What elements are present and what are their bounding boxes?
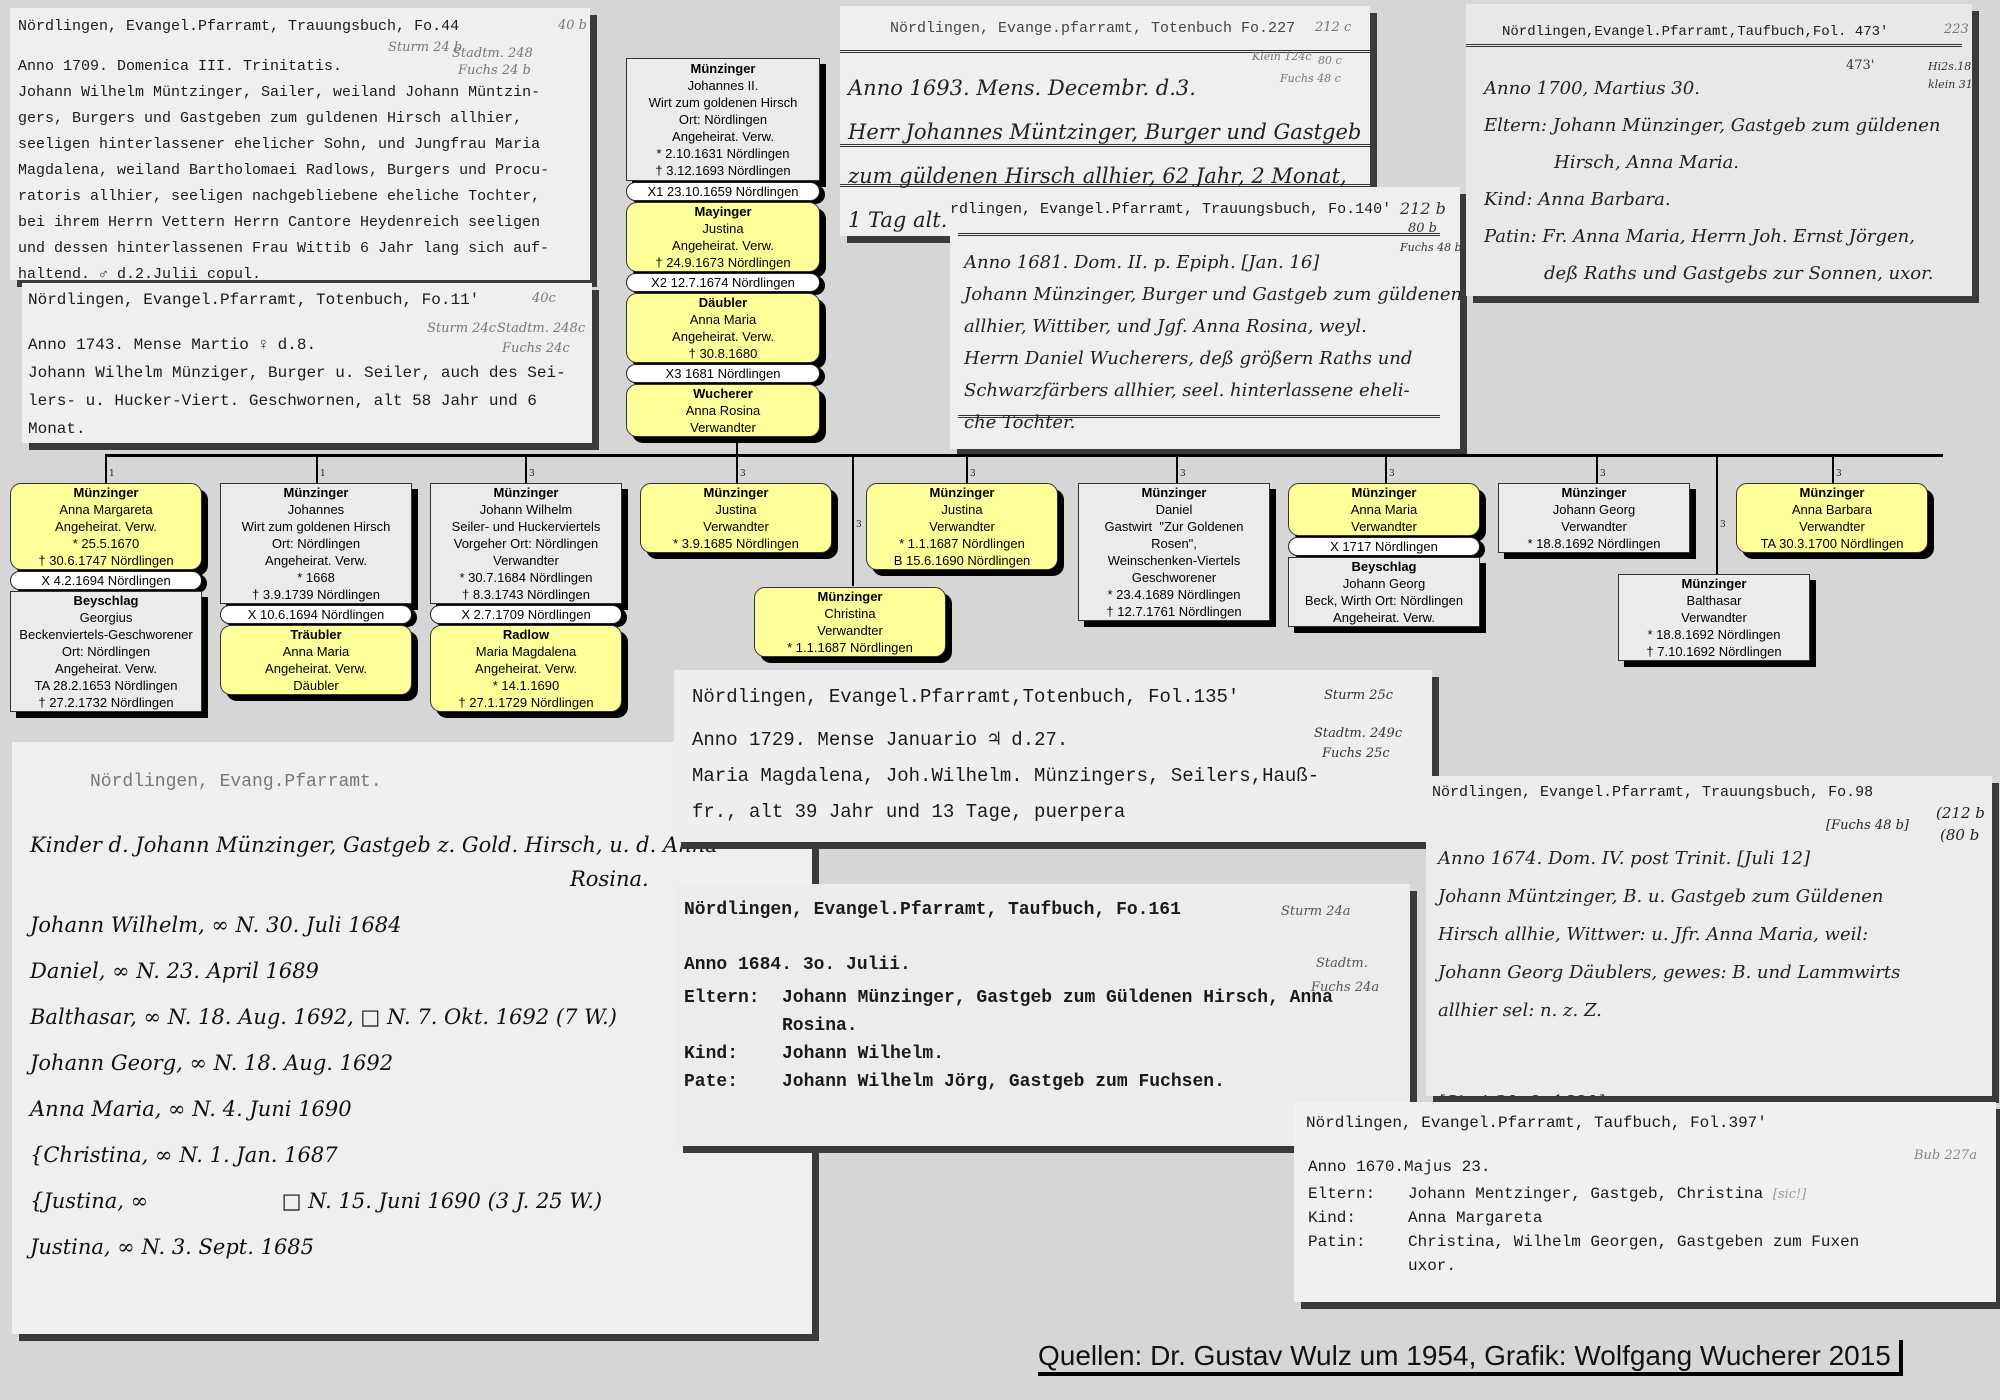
archive-note: Sturm 24a — [1281, 904, 1350, 919]
record-line: Anno 1743. Mense Martio ♀ d.8. — [28, 331, 566, 359]
record-header: Nördlingen, Evangel.Pfarramt, Taufbuch, … — [684, 900, 1181, 920]
person-detail: Maria Magdalena — [431, 643, 621, 660]
person-detail: Angeheirat. Verw. — [11, 660, 201, 677]
person-detail: * 23.4.1689 Nördlingen — [1079, 586, 1269, 603]
tree-connector — [105, 454, 107, 484]
record-label — [680, 1012, 778, 1040]
generation-label: 3 — [856, 520, 862, 530]
tree-connector — [852, 454, 854, 586]
record-row: uxor. — [1304, 1254, 1863, 1278]
record-row: Anno 1670.Majus 23. — [1304, 1152, 1863, 1182]
person-detail: * 1.1.1687 Nördlingen — [755, 639, 945, 656]
child-family: Münzinger Anna Margareta Angeheirat. Ver… — [10, 483, 202, 712]
person-detail: Wirt zum goldenen Hirsch — [627, 94, 819, 111]
record-trauung-fo98: Nördlingen, Evangel.Pfarramt, Trauungsbu… — [1426, 776, 1992, 1096]
record-label: Eltern: — [680, 984, 778, 1012]
generation-label: 3 — [970, 469, 976, 479]
person-detail: Ort: Nördlingen — [221, 535, 411, 552]
person-detail: † 3.9.1739 Nördlingen — [221, 586, 411, 603]
record-line: ratoris allhier, seeligen nachgebliebene… — [18, 184, 549, 210]
person-detail: * 1668 — [221, 569, 411, 586]
spouse-card[interactable]: Beyschlag Johann Georg Beck, Wirth Ort: … — [1288, 557, 1480, 627]
child-family: Münzinger Daniel Gastwirt "Zur Goldenen … — [1078, 483, 1270, 621]
record-value: Johann Münzinger, Gastgeb zum Güldenen H… — [778, 984, 1337, 1012]
archive-note: Sturm 25c — [1324, 688, 1393, 703]
spouse-card[interactable]: Mayinger Justina Angeheirat. Verw. † 24.… — [626, 202, 820, 272]
generation-label: 3 — [1720, 520, 1726, 530]
child-family: Münzinger Balthasar Verwandter * 18.8.16… — [1618, 574, 1810, 661]
record-line: Johann Wilhelm Münziger, Burger u. Seile… — [28, 359, 566, 387]
person-detail: TA 30.3.1700 Nördlingen — [1737, 535, 1927, 552]
record-line: Johann Georg, ∞ N. 18. Aug. 1692 — [30, 1040, 718, 1086]
record-line: Monat. — [28, 415, 566, 443]
person-detail: Georgius — [11, 609, 201, 626]
record-line: Schwarzfärbers allhier, seel. hinterlass… — [964, 375, 1460, 407]
record-value: Johann Wilhelm Jörg, Gastgeb zum Fuchsen… — [778, 1068, 1337, 1096]
record-toten-fo11: Nördlingen, Evangel.Pfarramt, Totenbuch,… — [22, 283, 592, 443]
person-detail: * 25.5.1670 — [11, 535, 201, 552]
person-detail: Christina — [755, 605, 945, 622]
person-detail: Seiler- und Huckerviertels — [431, 518, 621, 535]
record-line: {Christina, ∞ N. 1. Jan. 1687 — [30, 1132, 718, 1178]
child-family: Münzinger Christina Verwandter * 1.1.168… — [754, 587, 946, 657]
archive-note: [Fuchs 48 b] — [1826, 818, 1909, 833]
record-line: Hirsch, Anna Maria. — [1484, 144, 1941, 181]
record-line: Anno 1674. Dom. IV. post Trinit. [Juli 1… — [1438, 840, 1900, 878]
record-value: Rosina. — [778, 1012, 1337, 1040]
child-family: Münzinger Johann Wilhelm Seiler- und Huc… — [430, 483, 622, 712]
record-row: Pate:Johann Wilhelm Jörg, Gastgeb zum Fu… — [680, 1068, 1337, 1096]
person-detail: Anna Rosina — [627, 402, 819, 419]
archive-note: (80 b — [1940, 826, 1979, 844]
person-detail: Verwandter — [867, 518, 1057, 535]
generation-label: 3 — [1836, 469, 1842, 479]
person-detail: Angeheirat. Verw. — [221, 552, 411, 569]
child-family: Münzinger Johann Georg Verwandter * 18.8… — [1498, 483, 1690, 553]
marriage-label: X 10.6.1694 Nördlingen — [220, 605, 412, 624]
archive-note: Klein 124c — [1252, 50, 1312, 63]
person-detail: † 30.6.1747 Nördlingen — [11, 552, 201, 569]
record-row: Kind:Anna Margareta — [1304, 1206, 1863, 1230]
tree-connector — [316, 454, 318, 484]
person-detail: † 30.8.1680 — [627, 345, 819, 362]
person-detail: Weinschenken-Viertels — [1079, 552, 1269, 569]
record-line: Maria Magdalena, Joh.Wilhelm. Münzingers… — [692, 758, 1319, 794]
record-value: Johann Mentzinger, Gastgeb, Christina [s… — [1404, 1182, 1863, 1206]
record-tauf-fol397: Nördlingen, Evangel.Pfarramt, Taufbuch, … — [1294, 1102, 1996, 1302]
record-header: Nördlingen, Evange.pfarramt, Totenbuch F… — [890, 20, 1295, 37]
child-family: Münzinger Johannes Wirt zum goldenen Hir… — [220, 483, 412, 695]
person-detail: Anna Margareta — [11, 501, 201, 518]
child-family: Münzinger Anna Maria Verwandter X 1717 N… — [1288, 483, 1480, 627]
person-detail: * 1.1.1687 Nördlingen — [867, 535, 1057, 552]
record-line: Anno 1681. Dom. II. p. Epiph. [Jan. 16] — [964, 247, 1460, 279]
person-surname: Münzinger — [755, 588, 945, 605]
record-line: Anno 1700, Martius 30. — [1484, 70, 1941, 107]
record-toten-fol135: Nördlingen, Evangel.Pfarramt,Totenbuch, … — [674, 670, 1432, 842]
person-surname: Münzinger — [431, 484, 621, 501]
marriage-label: X 1717 Nördlingen — [1288, 537, 1480, 556]
record-header: Nördlingen,Evangel.Pfarramt,Taufbuch,Fol… — [1502, 24, 1888, 40]
record-trauung-fo44: Nördlingen, Evangel.Pfarramt, Trauungsbu… — [10, 8, 590, 280]
root-family: Münzinger Johannes II. Wirt zum goldenen… — [626, 58, 820, 437]
archive-note: Bub 227a — [1914, 1148, 1977, 1163]
person-card[interactable]: Münzinger Justina Verwandter * 3.9.1685 … — [640, 483, 832, 553]
record-line: Anno 1693. Mens. Decembr. d.3. — [848, 66, 1361, 110]
record-line: Johann Wilhelm, ∞ N. 30. Juli 1684 — [30, 902, 718, 948]
person-card[interactable]: Münzinger Christina Verwandter * 1.1.168… — [754, 587, 946, 657]
record-line: {Justina, ∞ □ N. 15. Juni 1690 (3 J. 25 … — [30, 1178, 718, 1224]
person-detail: Angeheirat. Verw. — [431, 660, 621, 677]
record-line: allhier sel: n. z. Z. — [1438, 992, 1900, 1030]
record-line: und dessen hinterlassenen Frau Wittib 6 … — [18, 236, 549, 262]
record-header: Nördlingen, Evangel.Pfarramt, Taufbuch, … — [1306, 1114, 1767, 1132]
record-label — [1304, 1254, 1404, 1278]
tree-connector — [1832, 454, 1834, 484]
person-surname: Münzinger — [1289, 484, 1479, 501]
source-credits: Quellen: Dr. Gustav Wulz um 1954, Grafik… — [1038, 1340, 1903, 1376]
marriage-label: X 2.7.1709 Nördlingen — [430, 605, 622, 624]
record-trauung-fo140: Nördlingen, Evangel.Pfarramt, Trauungsbu… — [950, 187, 1460, 449]
record-line: Anno 1709. Domenica III. Trinitatis. — [18, 54, 549, 80]
record-line: Balthasar, ∞ N. 18. Aug. 1692, □ N. 7. O… — [30, 994, 718, 1040]
record-row: Eltern:Johann Mentzinger, Gastgeb, Chris… — [1304, 1182, 1863, 1206]
person-detail: * 14.1.1690 — [431, 677, 621, 694]
record-line: Anno 1670.Majus 23. — [1304, 1152, 1863, 1182]
archive-note: Fuchs 25c — [1322, 746, 1390, 761]
generation-label: 3 — [1600, 469, 1606, 479]
record-line: Johann Wilhelm Müntzinger, Sailer, weila… — [18, 80, 549, 106]
person-detail: Johann Georg — [1499, 501, 1689, 518]
person-detail: * 30.7.1684 Nördlingen — [431, 569, 621, 586]
archive-note: [sic!] — [1773, 1187, 1806, 1202]
person-surname: Münzinger — [11, 484, 201, 501]
spouse-card[interactable]: Beyschlag Georgius Beckenviertels-Geschw… — [10, 591, 202, 712]
generation-label: 1 — [109, 469, 115, 479]
person-detail: † 3.12.1693 Nördlingen — [627, 162, 819, 179]
person-detail: † 24.9.1673 Nördlingen — [627, 254, 819, 271]
person-surname: Beyschlag — [11, 592, 201, 609]
record-row: Eltern:Johann Münzinger, Gastgeb zum Gül… — [680, 984, 1337, 1012]
record-line: Justina, ∞ N. 3. Sept. 1685 — [30, 1224, 718, 1270]
record-value: Johann Wilhelm. — [778, 1040, 1337, 1068]
archive-note: (212 b — [1936, 804, 1985, 822]
record-line: Kind: Anna Barbara. — [1484, 181, 1941, 218]
person-detail: Verwandter — [1289, 518, 1479, 535]
marriage-label: X2 12.7.1674 Nördlingen — [626, 273, 820, 292]
person-detail: Justina — [627, 220, 819, 237]
person-card[interactable]: Münzinger Daniel Gastwirt "Zur Goldenen … — [1078, 483, 1270, 621]
person-card[interactable]: Münzinger Anna Barbara Verwandter TA 30.… — [1736, 483, 1928, 553]
record-line: Johann Müntzinger, B. u. Gastgeb zum Gül… — [1438, 878, 1900, 916]
person-surname: Wucherer — [627, 385, 819, 402]
child-family: Münzinger Justina Verwandter * 3.9.1685 … — [640, 483, 832, 553]
person-card[interactable]: Münzinger Anna Maria Verwandter — [1288, 483, 1480, 536]
record-line: Patin: Fr. Anna Maria, Herrn Joh. Ernst … — [1484, 218, 1941, 255]
person-detail: Wirt zum goldenen Hirsch — [221, 518, 411, 535]
record-line: Johann Georg Däublers, gewes: B. und Lam… — [1438, 954, 1900, 992]
person-detail: Angeheirat. Verw. — [221, 660, 411, 677]
person-detail: Justina — [867, 501, 1057, 518]
person-detail: Geschworener — [1079, 569, 1269, 586]
record-line: deß Raths und Gastgebs zur Sonnen, uxor. — [1484, 255, 1941, 292]
person-detail: * 2.10.1631 Nördlingen — [627, 145, 819, 162]
person-detail: Johannes — [221, 501, 411, 518]
person-surname: Däubler — [627, 294, 819, 311]
tree-connector — [1596, 454, 1598, 484]
record-value: Christina, Wilhelm Georgen, Gastgeben zu… — [1404, 1230, 1863, 1254]
record-line: allhier, Wittiber, und Jgf. Anna Rosina,… — [964, 311, 1460, 343]
person-card[interactable]: Münzinger Johannes II. Wirt zum goldenen… — [626, 58, 820, 181]
child-family: Münzinger Anna Barbara Verwandter TA 30.… — [1736, 483, 1928, 553]
person-detail: Balthasar — [1619, 592, 1809, 609]
spouse-card[interactable]: Däubler Anna Maria Angeheirat. Verw. † 3… — [626, 293, 820, 363]
person-surname: Münzinger — [867, 484, 1057, 501]
record-header: Nördlingen, Evangel.Pfarramt, Trauungsbu… — [1432, 784, 1873, 801]
person-surname: Münzinger — [641, 484, 831, 501]
person-card[interactable]: Münzinger Johannes Wirt zum goldenen Hir… — [220, 483, 412, 604]
person-detail: Verwandter — [641, 518, 831, 535]
person-detail: B 15.6.1690 Nördlingen — [867, 552, 1057, 569]
record-line: Johann Münzinger, Burger und Gastgeb zum… — [964, 279, 1460, 311]
person-detail: Däubler — [221, 677, 411, 694]
person-surname: Münzinger — [1619, 575, 1809, 592]
generation-label: 3 — [1389, 469, 1395, 479]
person-detail: * 3.9.1685 Nördlingen — [641, 535, 831, 552]
person-detail: Verwandter — [1737, 518, 1927, 535]
person-card[interactable]: Münzinger Johann Wilhelm Seiler- und Huc… — [430, 483, 622, 604]
record-value: Anna Margareta — [1404, 1206, 1863, 1230]
spouse-card[interactable]: Träubler Anna Maria Angeheirat. Verw. Dä… — [220, 625, 412, 695]
person-detail: Gastwirt "Zur Goldenen — [1079, 518, 1269, 535]
person-detail: Johann Wilhelm — [431, 501, 621, 518]
archive-note: 223 a — [1944, 22, 1972, 37]
person-detail: † 27.1.1729 Nördlingen — [431, 694, 621, 711]
person-detail: Verwandter — [431, 552, 621, 569]
person-surname: Münzinger — [1499, 484, 1689, 501]
record-line: Herrn Daniel Wucherers, deß größern Rath… — [964, 343, 1460, 375]
person-surname: Mayinger — [627, 203, 819, 220]
record-line: Anno 1684. 3o. Julii. — [680, 946, 1337, 984]
person-surname: Münzinger — [1079, 484, 1269, 501]
spouse-card[interactable]: Wucherer Anna Rosina Verwandter — [626, 384, 820, 437]
record-line: Hirsch allhie, Wittwer: u. Jfr. Anna Mar… — [1438, 916, 1900, 954]
archive-note: 40 b — [558, 18, 587, 33]
record-line: Magdalena, weiland Bartholomaei Radlows,… — [18, 158, 549, 184]
person-surname: Radlow — [431, 626, 621, 643]
person-surname: Münzinger — [221, 484, 411, 501]
record-value-text: Johann Mentzinger, Gastgeb, Christina — [1408, 1185, 1763, 1203]
person-detail: Verwandter — [1499, 518, 1689, 535]
record-line: bei ihrem Herrn Vettern Herrn Cantore He… — [18, 210, 549, 236]
record-header: Nördlingen, Evangel.Pfarramt, Trauungsbu… — [18, 18, 459, 35]
tree-connector — [1385, 454, 1387, 484]
record-label: Patin: — [1304, 1230, 1404, 1254]
archive-note: 40c — [532, 291, 556, 306]
person-detail: Angeheirat. Verw. — [627, 237, 819, 254]
record-line: [Sie † 30. 8. 1680] — [1438, 1084, 1900, 1096]
record-line: Anna Maria, ∞ N. 4. Juni 1690 — [30, 1086, 718, 1132]
record-line: fr., alt 39 Jahr und 13 Tage, puerpera — [692, 794, 1319, 830]
generation-label: 1 — [320, 469, 326, 479]
record-line: che Tochter. — [964, 407, 1460, 439]
person-detail: Daniel — [1079, 501, 1269, 518]
tree-connector — [105, 454, 1943, 457]
person-detail: Johannes II. — [627, 77, 819, 94]
person-detail: † 27.2.1732 Nördlingen — [11, 694, 201, 711]
person-detail: Angeheirat. Verw. — [627, 128, 819, 145]
tree-connector — [1176, 454, 1178, 484]
record-header: Nördlingen, Evangel.Pfarramt, Totenbuch,… — [28, 291, 479, 309]
archive-note: 80 b — [1408, 221, 1437, 236]
person-detail: Vorgeher Ort: Nördlingen — [431, 535, 621, 552]
person-detail: Angeheirat. Verw. — [1289, 609, 1479, 626]
record-label: Pate: — [680, 1068, 778, 1096]
record-header: Nördlingen, Evang.Pfarramt. — [90, 772, 382, 792]
record-line: Eltern: Johann Münzinger, Gastgeb zum gü… — [1484, 107, 1941, 144]
person-surname: Münzinger — [627, 60, 819, 77]
spouse-card[interactable]: Radlow Maria Magdalena Angeheirat. Verw.… — [430, 625, 622, 712]
generation-label: 3 — [529, 469, 535, 479]
person-detail: Johann Georg — [1289, 575, 1479, 592]
tree-connector — [966, 454, 968, 484]
person-detail: * 18.8.1692 Nördlingen — [1619, 626, 1809, 643]
person-detail: † 8.3.1743 Nördlingen — [431, 586, 621, 603]
person-surname: Münzinger — [1737, 484, 1927, 501]
person-detail: Rosen", — [1079, 535, 1269, 552]
person-detail: † 12.7.1761 Nördlingen — [1079, 603, 1269, 620]
person-detail: Anna Barbara — [1737, 501, 1927, 518]
person-detail: Ort: Nördlingen — [11, 643, 201, 660]
person-card[interactable]: Münzinger Anna Margareta Angeheirat. Ver… — [10, 483, 202, 570]
record-line: Daniel, ∞ N. 23. April 1689 — [30, 948, 718, 994]
tree-connector — [525, 454, 527, 484]
person-detail: Ort: Nördlingen — [627, 111, 819, 128]
record-line: lers- u. Hucker-Viert. Geschwornen, alt … — [28, 387, 566, 415]
person-card[interactable]: Münzinger Johann Georg Verwandter * 18.8… — [1498, 483, 1690, 553]
record-row: Anno 1684. 3o. Julii. — [680, 946, 1337, 984]
record-label: Kind: — [680, 1040, 778, 1068]
record-row: Rosina. — [680, 1012, 1337, 1040]
person-detail: TA 28.2.1653 Nördlingen — [11, 677, 201, 694]
person-card[interactable]: Münzinger Balthasar Verwandter * 18.8.16… — [1618, 574, 1810, 661]
person-detail: Verwandter — [755, 622, 945, 639]
record-line: haltend. ♂ d.2.Julii copul. — [18, 262, 549, 280]
person-detail: Beck, Wirth Ort: Nördlingen — [1289, 592, 1479, 609]
person-detail: Angeheirat. Verw. — [11, 518, 201, 535]
archive-note: Stadtm. 249c — [1314, 726, 1402, 741]
record-label: Kind: — [1304, 1206, 1404, 1230]
person-surname: Beyschlag — [1289, 558, 1479, 575]
record-line: gers, Burgers und Gastgeben zum guldenen… — [18, 106, 549, 132]
tree-connector — [1716, 454, 1718, 574]
archive-note: 212 b — [1400, 199, 1446, 218]
person-detail: Verwandter — [627, 419, 819, 436]
record-label: Eltern: — [1304, 1182, 1404, 1206]
person-detail: † 7.10.1692 Nördlingen — [1619, 643, 1809, 660]
person-detail: Anna Maria — [1289, 501, 1479, 518]
record-header: Nördlingen, Evangel.Pfarramt, Trauungsbu… — [950, 201, 1391, 218]
record-header: Nördlingen, Evangel.Pfarramt,Totenbuch, … — [692, 686, 1239, 708]
record-line: seeligen hinterlassener ehelicher Sohn, … — [18, 132, 549, 158]
person-detail: Angeheirat. Verw. — [627, 328, 819, 345]
person-detail: Beckenviertels-Geschworener — [11, 626, 201, 643]
generation-label: 3 — [1180, 469, 1186, 479]
child-family: Münzinger Justina Verwandter * 1.1.1687 … — [866, 483, 1058, 570]
record-line: Herr Johannes Müntzinger, Burger und Gas… — [848, 110, 1361, 154]
person-card[interactable]: Münzinger Justina Verwandter * 1.1.1687 … — [866, 483, 1058, 570]
tree-connector — [736, 454, 738, 484]
person-surname: Träubler — [221, 626, 411, 643]
person-detail: Justina — [641, 501, 831, 518]
person-detail: Anna Maria — [221, 643, 411, 660]
record-row: Patin:Christina, Wilhelm Georgen, Gastge… — [1304, 1230, 1863, 1254]
generation-label: 3 — [740, 469, 746, 479]
person-detail: Verwandter — [1619, 609, 1809, 626]
person-detail: Anna Maria — [627, 311, 819, 328]
record-line: Anno 1729. Mense Januario ♃ d.27. — [692, 722, 1319, 758]
marriage-label: X1 23.10.1659 Nördlingen — [626, 182, 820, 201]
marriage-label: X3 1681 Nördlingen — [626, 364, 820, 383]
record-value: uxor. — [1404, 1254, 1863, 1278]
archive-note: 212 c — [1315, 20, 1351, 35]
marriage-label: X 4.2.1694 Nördlingen — [10, 571, 202, 590]
record-row: Kind:Johann Wilhelm. — [680, 1040, 1337, 1068]
person-detail: * 18.8.1692 Nördlingen — [1499, 535, 1689, 552]
record-tauf-fol473: Nördlingen,Evangel.Pfarramt,Taufbuch,Fol… — [1466, 4, 1972, 296]
